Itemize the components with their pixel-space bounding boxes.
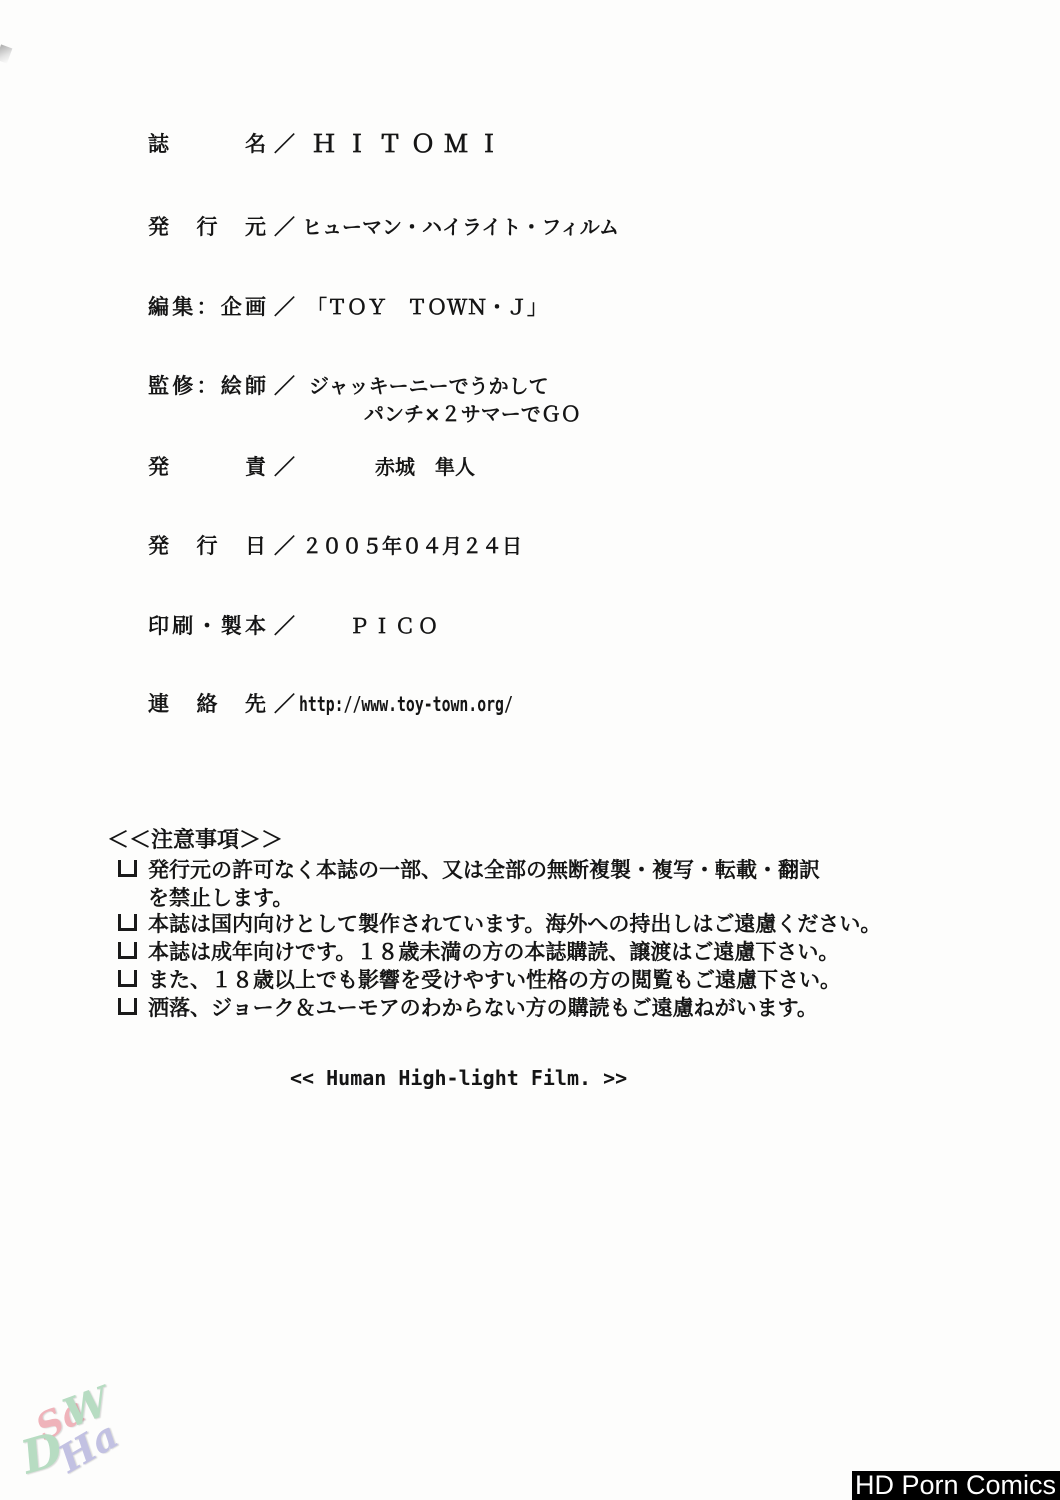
row-label: 連絡先 bbox=[148, 691, 266, 717]
row-supervision-artist: 監修：絵師 ／ ジャッキーニーでうかしてパンチ×２サマーでＧＯ bbox=[148, 373, 581, 427]
row-magazine-title: 誌名 ／ ＨＩＴＯＭＩ bbox=[148, 131, 510, 157]
slash-separator: ／ bbox=[274, 454, 295, 480]
row-editing-planning: 編集：企画 ／ 「ＴＯＹ ＴＯＷＮ・Ｊ」 bbox=[148, 294, 547, 320]
note-text: また、１８歳以上でも影響を受けやすい性格の方の閲覧もご遠慮下さい。 bbox=[148, 966, 841, 994]
circle-name-footer: << Human High-light Film. >> bbox=[290, 1066, 627, 1090]
site-brand-label: HD Porn Comics bbox=[852, 1471, 1060, 1500]
note-item-adult: 本誌は成年向けです。１８歳未満の方の本誌購読、譲渡はご遠慮下さい。 bbox=[118, 938, 839, 966]
editing-planning-value: 「ＴＯＹ ＴＯＷＮ・Ｊ」 bbox=[307, 294, 547, 320]
note-text: 本誌は国内向けとして製作されています。海外への持出しはご遠慮ください。 bbox=[148, 910, 881, 938]
slash-separator: ／ bbox=[274, 691, 295, 717]
checkbox-icon bbox=[118, 970, 137, 987]
row-publisher: 発行元 ／ ヒューマン・ハイライト・フィルム bbox=[148, 214, 619, 240]
row-publication-date: 発行日 ／ ２００５年０４月２４日 bbox=[148, 533, 522, 559]
row-label: 監修：絵師 bbox=[148, 373, 266, 399]
note-text: 洒落、ジョーク＆ユーモアのわからない方の購読もご遠慮ねがいます。 bbox=[148, 994, 818, 1022]
note-item-sensitive: また、１８歳以上でも影響を受けやすい性格の方の閲覧もご遠慮下さい。 bbox=[118, 966, 841, 994]
publisher-name: ヒューマン・ハイライト・フィルム bbox=[302, 214, 619, 240]
scan-artifact bbox=[0, 44, 12, 63]
note-line: 発行元の許可なく本誌の一部、又は全部の無断複製・複写・転載・翻訳 bbox=[148, 856, 820, 884]
row-label: 印刷・製本 bbox=[148, 613, 266, 639]
checkbox-icon bbox=[118, 860, 137, 877]
note-text: 発行元の許可なく本誌の一部、又は全部の無断複製・複写・転載・翻訳を禁止します。 bbox=[148, 856, 820, 912]
checkbox-icon bbox=[118, 998, 137, 1015]
slash-separator: ／ bbox=[274, 533, 295, 559]
row-contact: 連絡先 ／ http://www.toy-town.org/ bbox=[148, 691, 588, 717]
artist-name-1: ジャッキーニーでうかして bbox=[309, 374, 549, 398]
row-label: 発行元 bbox=[148, 214, 266, 240]
artist-name-2: パンチ×２サマーでＧＯ bbox=[364, 401, 581, 427]
note-line: を禁止します。 bbox=[148, 884, 820, 912]
slash-separator: ／ bbox=[274, 613, 295, 639]
note-item-humor: 洒落、ジョーク＆ユーモアのわからない方の購読もご遠慮ねがいます。 bbox=[118, 994, 818, 1022]
slash-separator: ／ bbox=[274, 214, 295, 240]
contact-url: http://www.toy-town.org/ bbox=[299, 691, 513, 717]
note-item-copyright: 発行元の許可なく本誌の一部、又は全部の無断複製・複写・転載・翻訳を禁止します。 bbox=[118, 856, 820, 912]
row-responsible: 発責 ／ 赤城 隼人 bbox=[148, 454, 475, 480]
checkbox-icon bbox=[118, 914, 137, 931]
colophon-page: 誌名 ／ ＨＩＴＯＭＩ 発行元 ／ ヒューマン・ハイライト・フィルム 編集：企画… bbox=[0, 0, 1060, 1500]
note-text: 本誌は成年向けです。１８歳未満の方の本誌購読、譲渡はご遠慮下さい。 bbox=[148, 938, 839, 966]
checkbox-icon bbox=[118, 942, 137, 959]
row-label: 編集：企画 bbox=[148, 294, 266, 320]
publication-date: ２００５年０４月２４日 bbox=[302, 533, 522, 559]
row-label: 発責 bbox=[148, 454, 266, 480]
row-label: 誌名 bbox=[148, 131, 266, 157]
slash-separator: ／ bbox=[274, 373, 295, 399]
slash-separator: ／ bbox=[274, 294, 295, 320]
row-printing-binding: 印刷・製本 ／ ＰＩＣＯ bbox=[148, 613, 441, 639]
slash-separator: ／ bbox=[274, 131, 295, 157]
notes-heading: ＜＜注意事項＞＞ bbox=[107, 828, 283, 852]
artist-names: ジャッキーニーでうかしてパンチ×２サマーでＧＯ bbox=[309, 373, 581, 427]
note-item-domestic: 本誌は国内向けとして製作されています。海外への持出しはご遠慮ください。 bbox=[118, 910, 881, 938]
responsible-person: 赤城 隼人 bbox=[375, 454, 475, 480]
magazine-title: ＨＩＴＯＭＩ bbox=[312, 131, 510, 157]
printer-name: ＰＩＣＯ bbox=[349, 613, 441, 639]
row-label: 発行日 bbox=[148, 533, 266, 559]
